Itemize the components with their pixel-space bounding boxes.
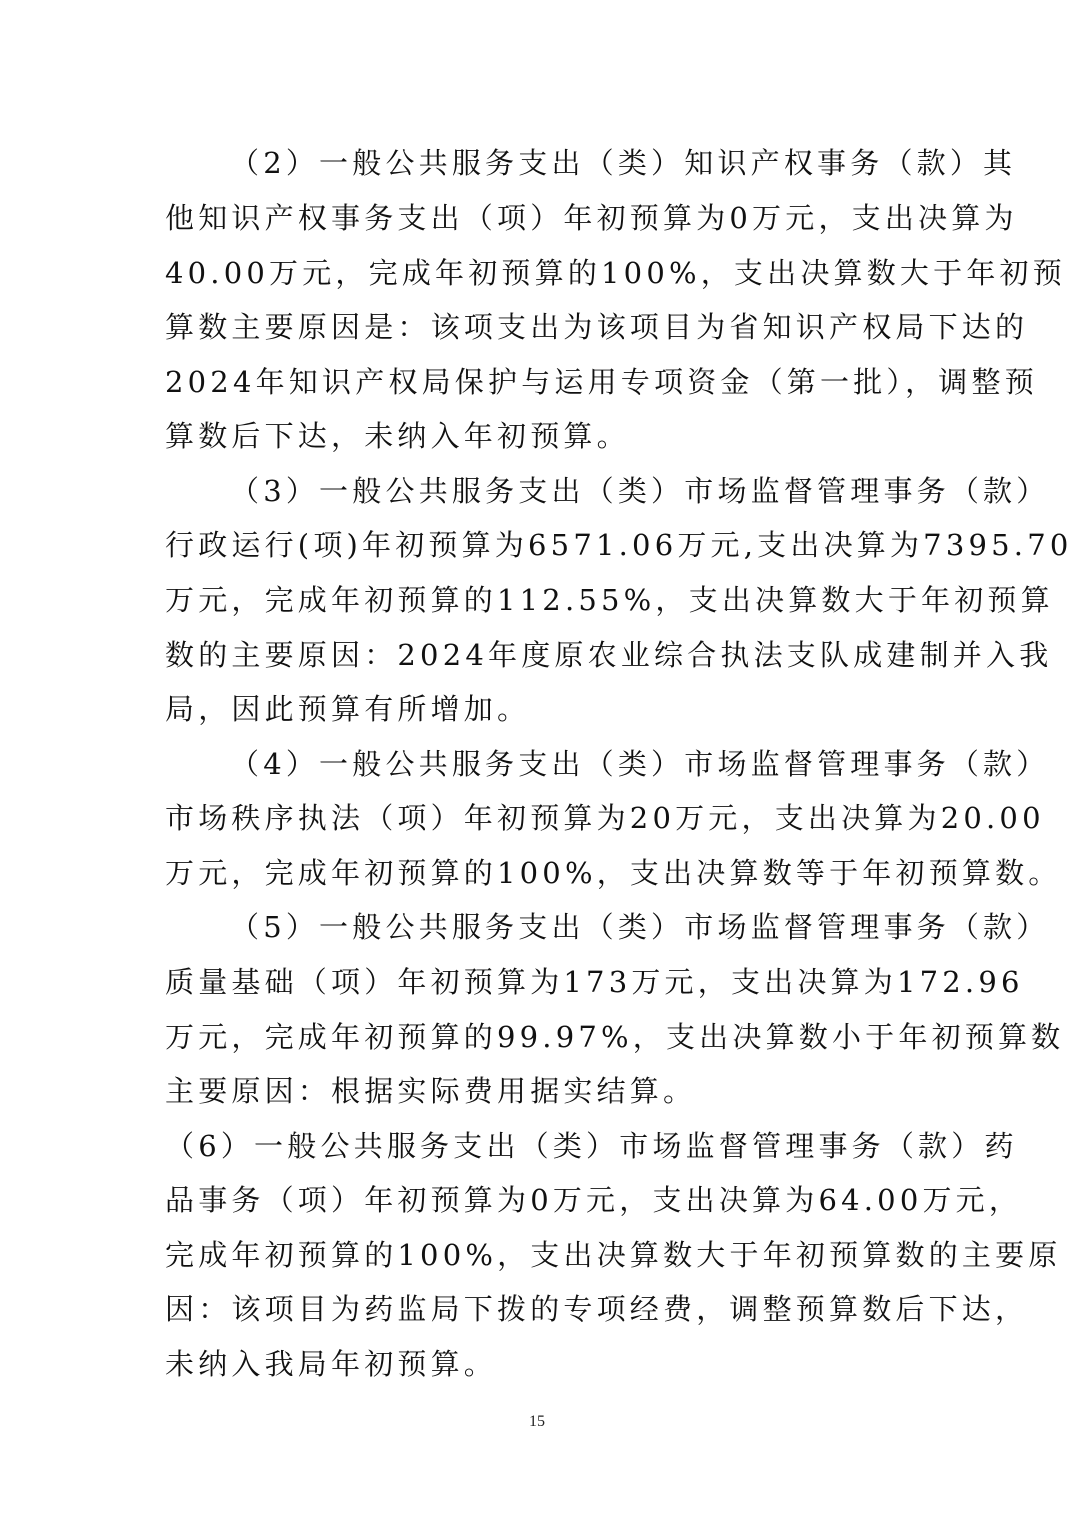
text-line: 局，因此预算有所增加。 (165, 689, 915, 729)
document-page: （2）一般公共服务支出（类）知识产权事务（款）其 他知识产权事务支出（项）年初预… (0, 0, 1074, 1520)
text-line: 因：该项目为药监局下拨的专项经费，调整预算数后下达， (165, 1289, 915, 1329)
text-line: 2024年知识产权局保护与运用专项资金（第一批），调整预 (165, 362, 915, 402)
text-line: 他知识产权事务支出（项）年初预算为0万元，支出决算为 (165, 198, 915, 238)
text-line: 行政运行(项)年初预算为6571.06万元,支出决算为7395.70 (165, 525, 915, 565)
text-line: 未纳入我局年初预算。 (165, 1344, 915, 1384)
text-line: （2）一般公共服务支出（类）知识产权事务（款）其 (230, 143, 915, 183)
text-line: 算数后下达，未纳入年初预算。 (165, 416, 915, 456)
text-line: 万元，完成年初预算的100%，支出决算数等于年初预算数。 (165, 853, 915, 893)
text-line: 万元，完成年初预算的99.97%，支出决算数小于年初预算数 (165, 1017, 915, 1057)
text-line: 主要原因：根据实际费用据实结算。 (165, 1071, 915, 1111)
text-line: 市场秩序执法（项）年初预算为20万元，支出决算为20.00 (165, 798, 915, 838)
text-line: 算数主要原因是：该项支出为该项目为省知识产权局下达的 (165, 307, 915, 347)
text-line: 品事务（项）年初预算为0万元，支出决算为64.00万元， (165, 1180, 915, 1220)
text-line: 数的主要原因：2024年度原农业综合执法支队成建制并入我 (165, 635, 915, 675)
text-line: （4）一般公共服务支出（类）市场监督管理事务（款） (230, 744, 915, 784)
text-line: （5）一般公共服务支出（类）市场监督管理事务（款） (230, 907, 915, 947)
text-line: （3）一般公共服务支出（类）市场监督管理事务（款） (230, 471, 915, 511)
page-number: 15 (0, 1412, 1074, 1432)
text-line: 万元，完成年初预算的112.55%，支出决算数大于年初预算 (165, 580, 915, 620)
text-line: 质量基础（项）年初预算为173万元，支出决算为172.96 (165, 962, 915, 1002)
text-line: （6）一般公共服务支出（类）市场监督管理事务（款）药 (165, 1126, 915, 1166)
text-line: 完成年初预算的100%，支出决算数大于年初预算数的主要原 (165, 1235, 915, 1275)
text-line: 40.00万元，完成年初预算的100%，支出决算数大于年初预 (165, 253, 915, 293)
